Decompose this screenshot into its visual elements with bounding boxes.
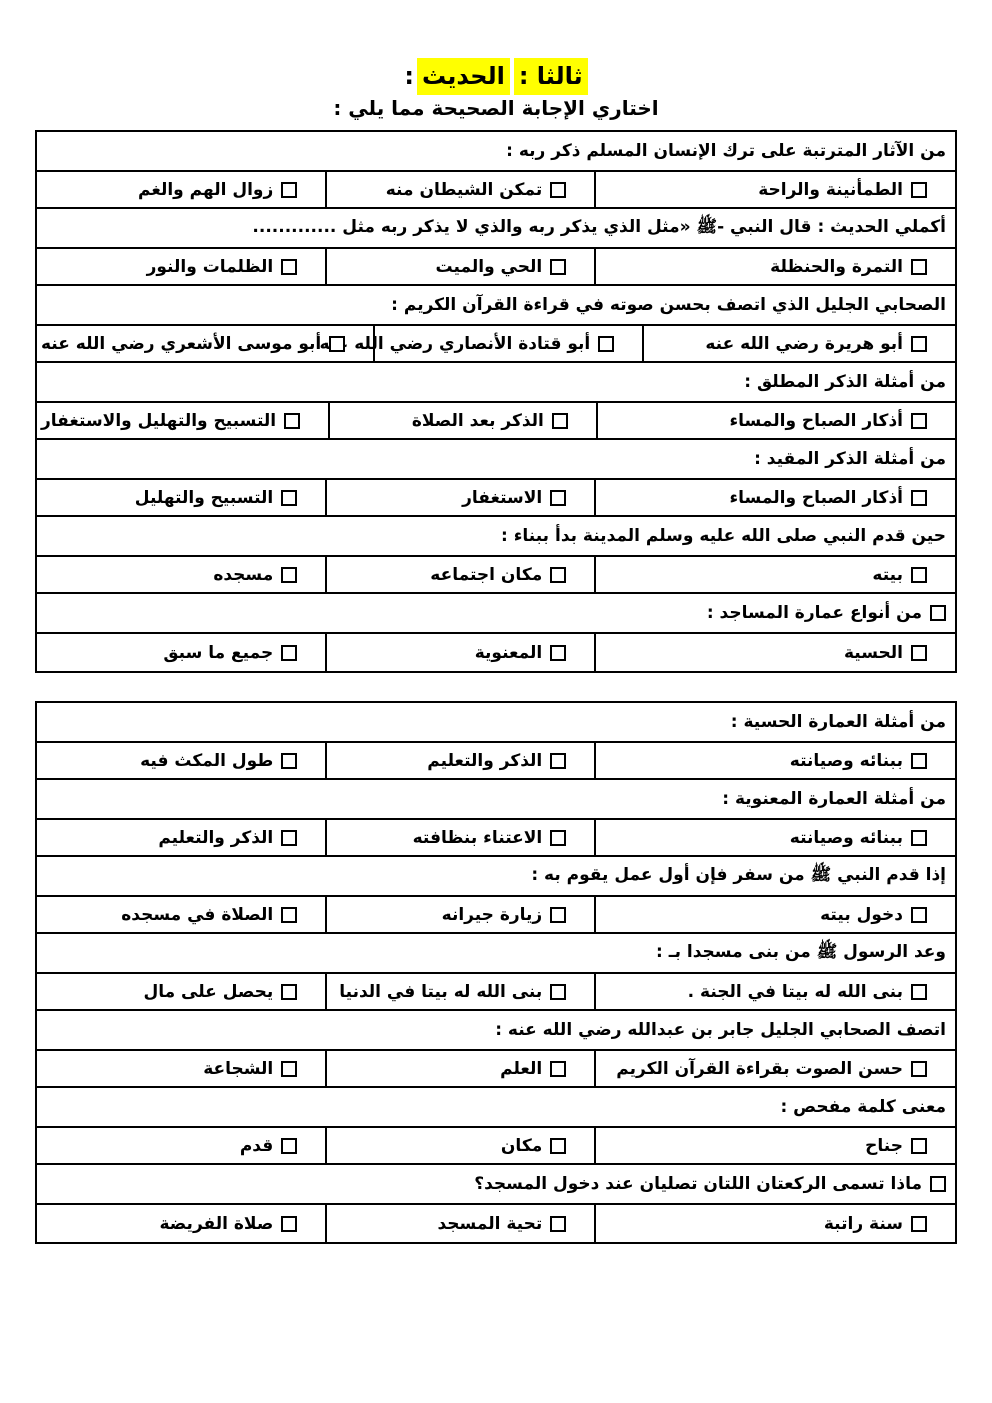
question-text: الصحابي الجليل الذي اتصف بحسن صوته في قر… <box>391 295 946 315</box>
checkbox-icon[interactable] <box>911 753 927 769</box>
instructions-text: اختاري الإجابة الصحيحة مما يلي : <box>0 96 992 120</box>
question-text: حين قدم النبي صلى الله عليه وسلم المدينة… <box>501 526 946 546</box>
question-checkbox-icon[interactable] <box>930 605 946 621</box>
option-cell[interactable]: ببنائه وصيانته <box>594 820 955 855</box>
options-row: ببنائه وصيانته الذكر والتعليم طول المكث … <box>37 743 955 780</box>
option-label: بيته <box>872 565 903 585</box>
options-row: ببنائه وصيانته الاعتناء بنظافته الذكر وا… <box>37 820 955 857</box>
quiz-table-1: من الآثار المترتبة على ترك الإنسان المسل… <box>35 130 957 673</box>
checkbox-icon[interactable] <box>911 182 927 198</box>
checkbox-icon[interactable] <box>911 336 927 352</box>
options-row: أذكار الصباح والمساء الاستغفار التسبيح و… <box>37 480 955 517</box>
option-label: مسجده <box>213 565 273 585</box>
option-cell[interactable]: بنى الله له بيتا في الجنة . <box>594 974 955 1009</box>
option-label: التسبيح والتهليل والاستغفار <box>41 411 276 431</box>
checkbox-icon[interactable] <box>550 830 566 846</box>
question-text: اتصف الصحابي الجليل جابر بن عبدالله رضي … <box>495 1020 946 1040</box>
question-text: من أمثلة الذكر المقيد : <box>754 449 946 469</box>
option-cell[interactable]: أبو موسى الأشعري رضي الله عنه <box>37 326 373 361</box>
checkbox-icon[interactable] <box>281 753 297 769</box>
option-label: الاستغفار <box>462 488 542 508</box>
checkbox-icon[interactable] <box>550 753 566 769</box>
checkbox-icon[interactable] <box>329 336 345 352</box>
question-text: معنى كلمة مفحص : <box>780 1097 946 1117</box>
question-text: من أمثلة العمارة المعنوية : <box>722 789 946 809</box>
title-colon: : <box>404 62 417 90</box>
question-row: من أمثلة الذكر المطلق : <box>37 363 955 403</box>
question-row: ماذا تسمى الركعتان اللتان تصليان عند دخو… <box>37 1165 955 1205</box>
checkbox-icon[interactable] <box>281 830 297 846</box>
option-cell[interactable]: التسبيح والتهليل والاستغفار <box>37 403 328 438</box>
quiz-table-2: من أمثلة العمارة الحسية : ببنائه وصيانته… <box>35 701 957 1244</box>
option-label: الذكر والتعليم <box>158 828 273 848</box>
option-cell[interactable]: الذكر والتعليم <box>325 743 594 778</box>
option-cell[interactable]: أبو هريرة رضي الله عنه <box>642 326 955 361</box>
option-cell[interactable]: جميع ما سبق <box>37 634 325 671</box>
checkbox-icon[interactable] <box>911 1138 927 1154</box>
options-row: أذكار الصباح والمساء الذكر بعد الصلاة ال… <box>37 403 955 440</box>
checkbox-icon[interactable] <box>550 984 566 1000</box>
worksheet-page: { "page": { "title": { "part1": "ثالثا :… <box>0 0 992 1403</box>
option-cell[interactable]: الذكر والتعليم <box>37 820 325 855</box>
question-text: من أمثلة العمارة الحسية : <box>731 712 946 732</box>
option-label: التمرة والحنظلة <box>770 257 903 277</box>
checkbox-icon[interactable] <box>911 259 927 275</box>
option-cell[interactable]: زوال الهم والغم <box>37 172 325 207</box>
checkbox-icon[interactable] <box>598 336 614 352</box>
option-cell[interactable]: الصلاة في مسجده <box>37 897 325 932</box>
question-text: إذا قدم النبي ﷺ من سفر فإن أول عمل يقوم … <box>531 864 946 889</box>
checkbox-icon[interactable] <box>550 1138 566 1154</box>
checkbox-icon[interactable] <box>281 907 297 923</box>
option-label: الاعتناء بنظافته <box>413 828 543 848</box>
checkbox-icon[interactable] <box>911 490 927 506</box>
option-label: زوال الهم والغم <box>138 180 273 200</box>
question-row: من الآثار المترتبة على ترك الإنسان المسل… <box>37 132 955 172</box>
option-label: مكان اجتماعه <box>430 565 542 585</box>
checkbox-icon[interactable] <box>281 1216 297 1232</box>
option-cell[interactable]: قدم <box>37 1128 325 1163</box>
option-label: صلاة الفريضة <box>160 1214 274 1234</box>
option-label: الصلاة في مسجده <box>121 905 273 925</box>
page-title: ثالثا :الحديث: <box>0 60 992 92</box>
question-row: من أمثلة العمارة المعنوية : <box>37 780 955 820</box>
checkbox-icon[interactable] <box>911 1061 927 1077</box>
option-cell[interactable]: حسن الصوت بقراءة القرآن الكريم <box>594 1051 955 1086</box>
option-label: الذكر بعد الصلاة <box>412 411 544 431</box>
options-row: جناح مكان قدم <box>37 1128 955 1165</box>
option-label: مكان <box>501 1136 542 1156</box>
option-label: جناح <box>865 1136 903 1156</box>
option-cell[interactable]: التمرة والحنظلة <box>594 249 955 284</box>
checkbox-icon[interactable] <box>281 645 297 661</box>
options-row: أبو هريرة رضي الله عنه أبو قتادة الأنصار… <box>37 326 955 363</box>
option-cell[interactable]: دخول بيته <box>594 897 955 932</box>
checkbox-icon[interactable] <box>550 907 566 923</box>
checkbox-icon[interactable] <box>550 1216 566 1232</box>
checkbox-icon[interactable] <box>911 1216 927 1232</box>
option-label: الحي والميت <box>436 257 543 277</box>
option-cell[interactable]: سنة راتبة <box>594 1205 955 1242</box>
option-cell[interactable]: بنى الله له بيتا في الدنيا <box>325 974 594 1009</box>
question-text: ماذا تسمى الركعتان اللتان تصليان عند دخو… <box>474 1174 922 1194</box>
options-row: الحسية المعنوية جميع ما سبق <box>37 634 955 671</box>
option-label: سنة راتبة <box>824 1214 903 1234</box>
checkbox-icon[interactable] <box>281 1138 297 1154</box>
question-text: من أنواع عمارة المساجد : <box>707 603 922 623</box>
question-row: من أنواع عمارة المساجد : <box>37 594 955 634</box>
option-cell[interactable]: أذكار الصباح والمساء <box>596 403 955 438</box>
option-label: الذكر والتعليم <box>427 751 542 771</box>
option-label: تمكن الشيطان منه <box>386 180 542 200</box>
checkbox-icon[interactable] <box>552 413 568 429</box>
checkbox-icon[interactable] <box>911 830 927 846</box>
option-cell[interactable]: أذكار الصباح والمساء <box>594 480 955 515</box>
checkbox-icon[interactable] <box>911 567 927 583</box>
option-label: ببنائه وصيانته <box>790 828 903 848</box>
option-label: الحسية <box>844 643 903 663</box>
option-cell[interactable]: طول المكث فيه <box>37 743 325 778</box>
question-row: أكملي الحديث : قال النبي -ﷺ «مثل الذي يذ… <box>37 209 955 249</box>
checkbox-icon[interactable] <box>281 490 297 506</box>
option-cell[interactable]: تمكن الشيطان منه <box>325 172 594 207</box>
option-cell[interactable]: يحصل على مال <box>37 974 325 1009</box>
option-cell[interactable]: مكان اجتماعه <box>325 557 594 592</box>
question-row: حين قدم النبي صلى الله عليه وسلم المدينة… <box>37 517 955 557</box>
option-label: أذكار الصباح والمساء <box>729 488 903 508</box>
option-cell[interactable]: بيته <box>594 557 955 592</box>
option-cell[interactable]: الطمأنينة والراحة <box>594 172 955 207</box>
checkbox-icon[interactable] <box>284 413 300 429</box>
checkbox-icon[interactable] <box>550 567 566 583</box>
options-row: الطمأنينة والراحة تمكن الشيطان منه زوال … <box>37 172 955 209</box>
option-cell[interactable]: أبو قتادة الأنصاري رضي الله عنه <box>373 326 642 361</box>
option-cell[interactable]: الشجاعة <box>37 1051 325 1086</box>
option-label: تحية المسجد <box>437 1214 542 1234</box>
option-label: حسن الصوت بقراءة القرآن الكريم <box>616 1059 903 1079</box>
options-row: حسن الصوت بقراءة القرآن الكريم العلم الش… <box>37 1051 955 1088</box>
option-label: أذكار الصباح والمساء <box>729 411 903 431</box>
options-row: بيته مكان اجتماعه مسجده <box>37 557 955 594</box>
option-label: ببنائه وصيانته <box>790 751 903 771</box>
option-label: المعنوية <box>475 643 543 663</box>
option-label: يحصل على مال <box>143 982 273 1002</box>
question-text: أكملي الحديث : قال النبي -ﷺ «مثل الذي يذ… <box>252 216 946 241</box>
checkbox-icon[interactable] <box>550 182 566 198</box>
option-label: العلم <box>500 1059 542 1079</box>
question-row: وعد الرسول ﷺ من بنى مسجدا بـ : <box>37 934 955 974</box>
question-row: من أمثلة العمارة الحسية : <box>37 703 955 743</box>
option-label: التسبيح والتهليل <box>135 488 274 508</box>
options-row: التمرة والحنظلة الحي والميت الظلمات والن… <box>37 249 955 286</box>
option-label: جميع ما سبق <box>163 643 273 663</box>
option-cell[interactable]: جناح <box>594 1128 955 1163</box>
checkbox-icon[interactable] <box>281 182 297 198</box>
question-row: معنى كلمة مفحص : <box>37 1088 955 1128</box>
option-cell[interactable]: زيارة جيرانه <box>325 897 594 932</box>
option-cell[interactable]: التسبيح والتهليل <box>37 480 325 515</box>
checkbox-icon[interactable] <box>281 1061 297 1077</box>
checkbox-icon[interactable] <box>911 984 927 1000</box>
option-label: قدم <box>240 1136 273 1156</box>
option-cell[interactable]: المعنوية <box>325 634 594 671</box>
option-label: الطمأنينة والراحة <box>758 180 903 200</box>
checkbox-icon[interactable] <box>550 259 566 275</box>
option-cell[interactable]: الذكر بعد الصلاة <box>328 403 596 438</box>
option-label: زيارة جيرانه <box>442 905 543 925</box>
option-label: الظلمات والنور <box>147 257 274 277</box>
option-cell[interactable]: الظلمات والنور <box>37 249 325 284</box>
question-text: من أمثلة الذكر المطلق : <box>744 372 946 392</box>
checkbox-icon[interactable] <box>911 645 927 661</box>
checkbox-icon[interactable] <box>550 1061 566 1077</box>
checkbox-icon[interactable] <box>281 567 297 583</box>
checkbox-icon[interactable] <box>550 490 566 506</box>
checkbox-icon[interactable] <box>281 984 297 1000</box>
option-cell[interactable]: العلم <box>325 1051 594 1086</box>
question-checkbox-icon[interactable] <box>930 1176 946 1192</box>
options-row: بنى الله له بيتا في الجنة . بنى الله له … <box>37 974 955 1011</box>
option-label: دخول بيته <box>820 905 903 925</box>
option-label: بنى الله له بيتا في الجنة . <box>688 982 903 1002</box>
option-label: أبو هريرة رضي الله عنه <box>705 334 903 354</box>
question-row: من أمثلة الذكر المقيد : <box>37 440 955 480</box>
option-cell[interactable]: الاستغفار <box>325 480 594 515</box>
checkbox-icon[interactable] <box>550 645 566 661</box>
option-cell[interactable]: الاعتناء بنظافته <box>325 820 594 855</box>
checkbox-icon[interactable] <box>911 907 927 923</box>
option-cell[interactable]: مكان <box>325 1128 594 1163</box>
option-label: الشجاعة <box>203 1059 273 1079</box>
checkbox-icon[interactable] <box>911 413 927 429</box>
question-text: وعد الرسول ﷺ من بنى مسجدا بـ : <box>656 941 946 966</box>
option-cell[interactable]: الحسية <box>594 634 955 671</box>
checkbox-icon[interactable] <box>281 259 297 275</box>
question-row: الصحابي الجليل الذي اتصف بحسن صوته في قر… <box>37 286 955 326</box>
option-cell[interactable]: ببنائه وصيانته <box>594 743 955 778</box>
option-label: بنى الله له بيتا في الدنيا <box>339 982 542 1002</box>
title-highlight-1: ثالثا : <box>514 58 588 95</box>
title-highlight-2: الحديث <box>417 58 510 95</box>
option-cell[interactable]: مسجده <box>37 557 325 592</box>
options-row: دخول بيته زيارة جيرانه الصلاة في مسجده <box>37 897 955 934</box>
option-label: طول المكث فيه <box>140 751 273 771</box>
option-label: أبو موسى الأشعري رضي الله عنه <box>41 334 321 354</box>
question-row: إذا قدم النبي ﷺ من سفر فإن أول عمل يقوم … <box>37 857 955 897</box>
option-cell[interactable]: الحي والميت <box>325 249 594 284</box>
question-text: من الآثار المترتبة على ترك الإنسان المسل… <box>506 141 946 161</box>
option-cell[interactable]: صلاة الفريضة <box>37 1205 325 1242</box>
question-row: اتصف الصحابي الجليل جابر بن عبدالله رضي … <box>37 1011 955 1051</box>
options-row: سنة راتبة تحية المسجد صلاة الفريضة <box>37 1205 955 1242</box>
option-cell[interactable]: تحية المسجد <box>325 1205 594 1242</box>
